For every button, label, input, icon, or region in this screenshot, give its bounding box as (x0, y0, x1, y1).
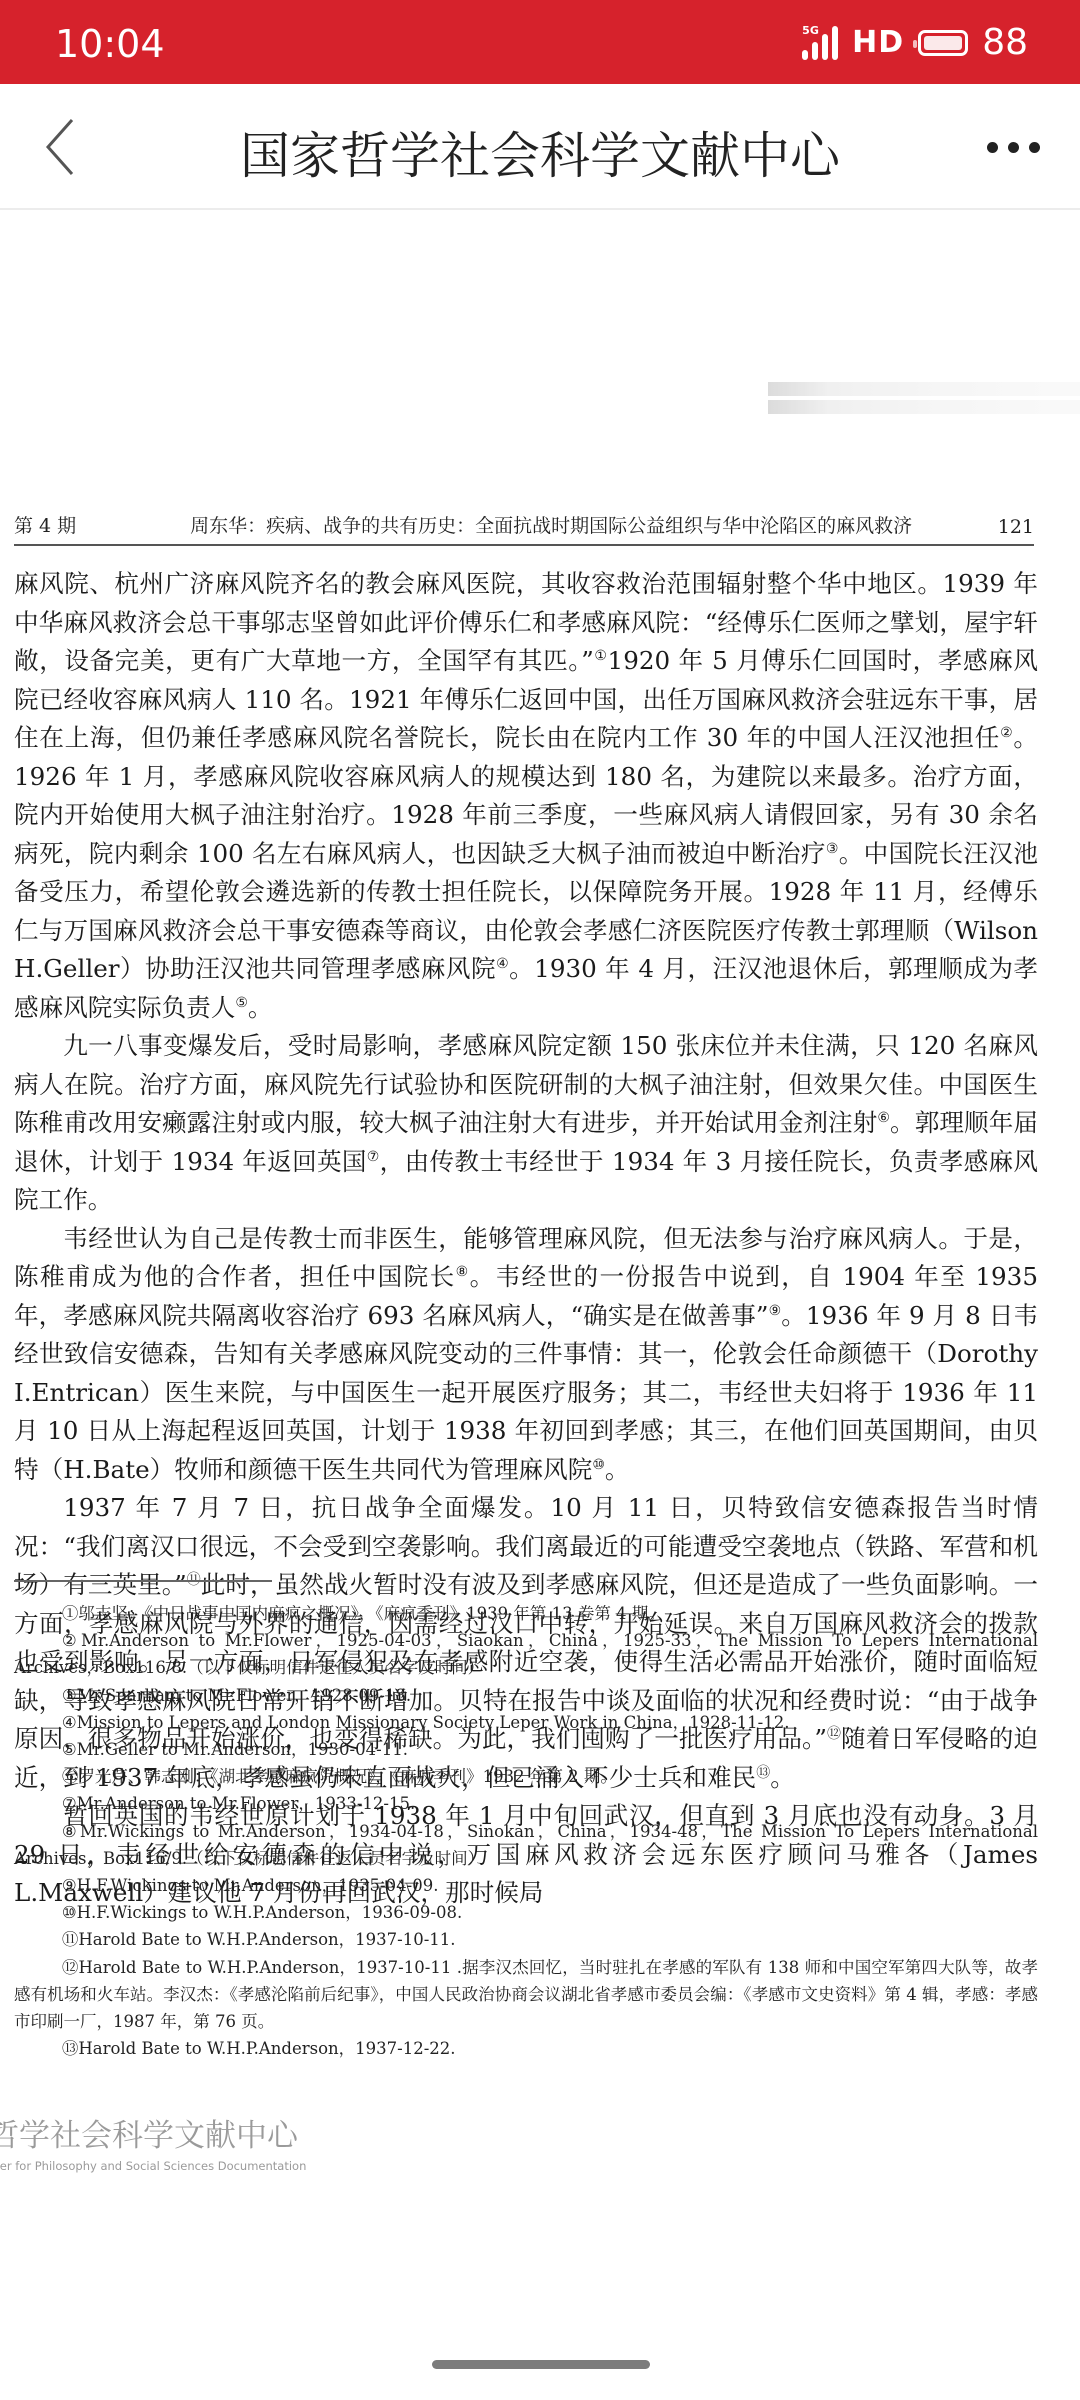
footnote-divider (14, 1580, 272, 1582)
footnote-ref[interactable]: ⑧ (456, 1264, 470, 1280)
hd-voice-icon: HD (852, 25, 904, 60)
dot (1008, 142, 1019, 153)
home-indicator[interactable] (432, 2360, 650, 2369)
document-viewer[interactable]: 第 4 期 周东华：疾病、战争的共有历史：全面抗战时期国际公益组织与华中沦陷区的… (0, 210, 1080, 2360)
footnote-ref[interactable]: ⑩ (592, 1457, 605, 1473)
footnote: ①邬志坚：《中日战事中国内麻疯之概况》，《麻疯季刊》1939 年第 13 卷第 … (14, 1600, 1038, 1627)
paragraph: 九一八事变爆发后，受时局影响，孝感麻风院定额 150 张床位并未住满，只 120… (14, 1027, 1038, 1220)
footnote: ⑨H.F.Wickings to Mr.Anderson，1935-04-09. (14, 1872, 1038, 1899)
status-bar: 10:04 5G HD 88 (0, 0, 1080, 84)
paragraph: 麻风院、杭州广济麻风院齐名的教会麻风医院，其收容救治范围辐射整个华中地区。193… (14, 565, 1038, 1027)
paragraph: 韦经世认为自己是传教士而非医生，能够管理麻风院，但无法参与治疗麻风病人。于是，陈… (14, 1220, 1038, 1490)
footnote-ref[interactable]: ② (1000, 725, 1013, 741)
footnote: ⑬Harold Bate to W.H.P.Anderson，1937-12-2… (14, 2035, 1038, 2062)
footnote: ④Mission to Lepers and London Missionary… (14, 1709, 1038, 1736)
issue-number: 第 4 期 (14, 511, 76, 538)
footnote: ⑫Harold Bate to W.H.P.Anderson，1937-10-1… (14, 1954, 1038, 2036)
footnote-ref[interactable]: ⑦ (367, 1149, 380, 1165)
footnote: ⑧Mr.Wickings to Mr.Anderson，1934-04-18，S… (14, 1818, 1038, 1872)
footnote-ref[interactable]: ⑨ (768, 1303, 781, 1319)
more-dots-icon (987, 142, 998, 153)
footnote: ⑥罗光芹、韩志刚：《湖北孝感麻疯院概况》，《麻疯季刊》1932 年第 2 期。 (14, 1763, 1038, 1790)
dot (1029, 142, 1040, 153)
more-options-button[interactable] (987, 142, 1040, 153)
status-icons: 5G HD 88 (802, 22, 1028, 63)
footnote-ref[interactable]: ③ (826, 841, 839, 857)
footnote-ref[interactable]: ⑥ (877, 1110, 890, 1126)
footnote: ⑪Harold Bate to W.H.P.Anderson，1937-10-1… (14, 1926, 1038, 1953)
watermark-cn: 哲学社会科学文献中心 (0, 2110, 288, 2155)
footnote: ⑩H.F.Wickings to W.H.P.Anderson，1936-09-… (14, 1899, 1038, 1926)
footnote-ref[interactable]: ④ (496, 956, 509, 972)
status-time: 10:04 (55, 22, 165, 66)
footnote: ②Mr.Anderson to Mr.Flower，1925-04-03，Sia… (14, 1627, 1038, 1681)
footnote-ref[interactable]: ① (594, 648, 608, 664)
scan-artifact (768, 382, 1080, 414)
app-title-bar: 国家哲学社会科学文献中心 (0, 84, 1080, 210)
network-type-label: 5G (802, 24, 819, 37)
footnote: ⑦Mr.Anderson to Mr.Flower，1933-12-15. (14, 1790, 1038, 1817)
watermark-logo: 哲学社会科学文献中心 nter for Philosophy and Socia… (0, 2110, 288, 2173)
battery-icon (918, 30, 968, 56)
battery-percent: 88 (982, 22, 1028, 63)
footnote: ③Mr.Sparham to Mr.Flower，1928-09-18. (14, 1682, 1038, 1709)
footnote: ⑤Mr.Geller to Mr.Anderson，1930-04-11. (14, 1736, 1038, 1763)
page-number: 121 (998, 516, 1034, 538)
signal-5g-icon: 5G (802, 26, 838, 60)
footnote-ref[interactable]: ⑤ (235, 995, 248, 1011)
page-title: 国家哲学社会科学文献中心 (0, 116, 1080, 188)
article-title: 周东华：疾病、战争的共有历史：全面抗战时期国际公益组织与华中沦陷区的麻风救济 (76, 511, 998, 538)
running-head: 第 4 期 周东华：疾病、战争的共有历史：全面抗战时期国际公益组织与华中沦陷区的… (14, 506, 1034, 546)
footnotes: ①邬志坚：《中日战事中国内麻疯之概况》，《麻疯季刊》1939 年第 13 卷第 … (14, 1600, 1038, 2062)
watermark-en: nter for Philosophy and Social Sciences … (0, 2159, 288, 2173)
